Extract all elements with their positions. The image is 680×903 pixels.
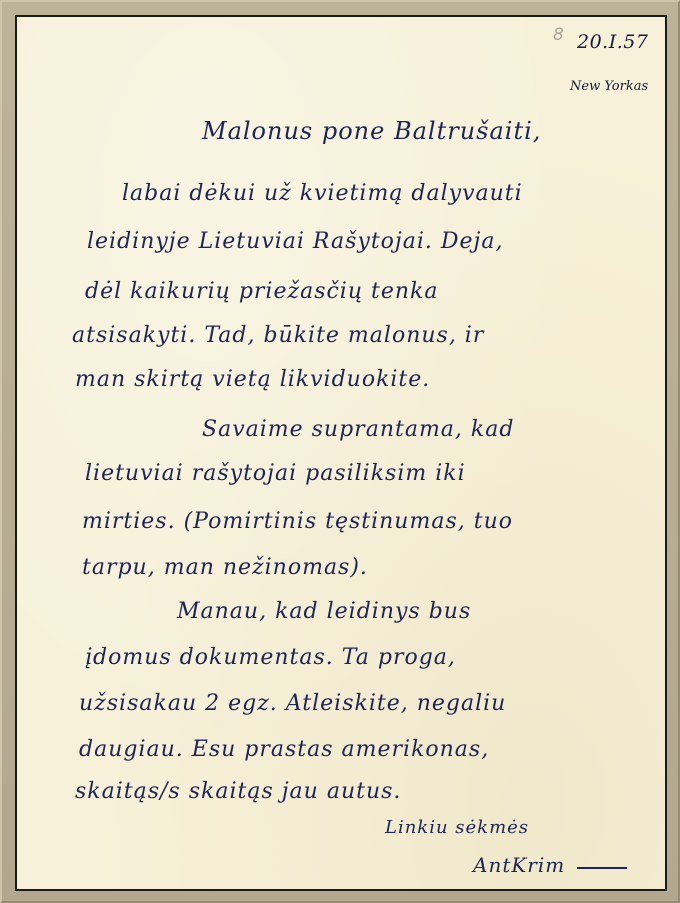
- letter-paper: 8 20.I.57 New Yorkas Malonus pone Baltru…: [15, 15, 667, 891]
- photo-frame: 8 20.I.57 New Yorkas Malonus pone Baltru…: [0, 0, 680, 903]
- paragraph-3-line-3: užsisakau 2 egz. Atleiskite, negaliu: [79, 691, 506, 716]
- paragraph-1-line-3: dėl kaikurių priežasčių tenka: [85, 279, 438, 304]
- signature-flourish: [577, 867, 627, 869]
- letter-date: 20.I.57: [577, 31, 648, 53]
- paragraph-2-line-3: mirties. (Pomirtinis tęstinumas, tuo: [82, 509, 513, 534]
- paragraph-2-line-2: lietuviai rašytojai pasiliksim iki: [85, 461, 466, 486]
- paragraph-2-line-4: tarpu, man nežinomas).: [82, 555, 368, 580]
- letter-closing: Linkiu sėkmės: [385, 817, 529, 838]
- letter-signature: AntKrim: [473, 853, 565, 877]
- paragraph-3-line-2: įdomus dokumentas. Ta proga,: [85, 645, 456, 670]
- paragraph-3-line-1: Manau, kad leidinys bus: [177, 599, 471, 624]
- paragraph-1-line-4: atsisakyti. Tad, būkite malonus, ir: [72, 323, 484, 348]
- paragraph-1-line-1: labai dėkui už kvietimą dalyvauti: [122, 181, 523, 206]
- letter-salutation: Malonus pone Baltrušaiti,: [202, 117, 541, 145]
- paragraph-3-line-4: daugiau. Esu prastas amerikonas,: [79, 737, 489, 762]
- paragraph-1-line-5: man skirtą vietą likviduokite.: [75, 367, 430, 392]
- paragraph-1-line-2: leidinyje Lietuviai Rašytojai. Deja,: [87, 229, 503, 254]
- paragraph-2-line-1: Savaime suprantama, kad: [202, 417, 514, 442]
- paragraph-3-line-5: skaitąs/s skaitąs jau autus.: [75, 779, 401, 804]
- page-number-pencil: 8: [553, 25, 564, 45]
- letter-place: New Yorkas: [570, 79, 648, 94]
